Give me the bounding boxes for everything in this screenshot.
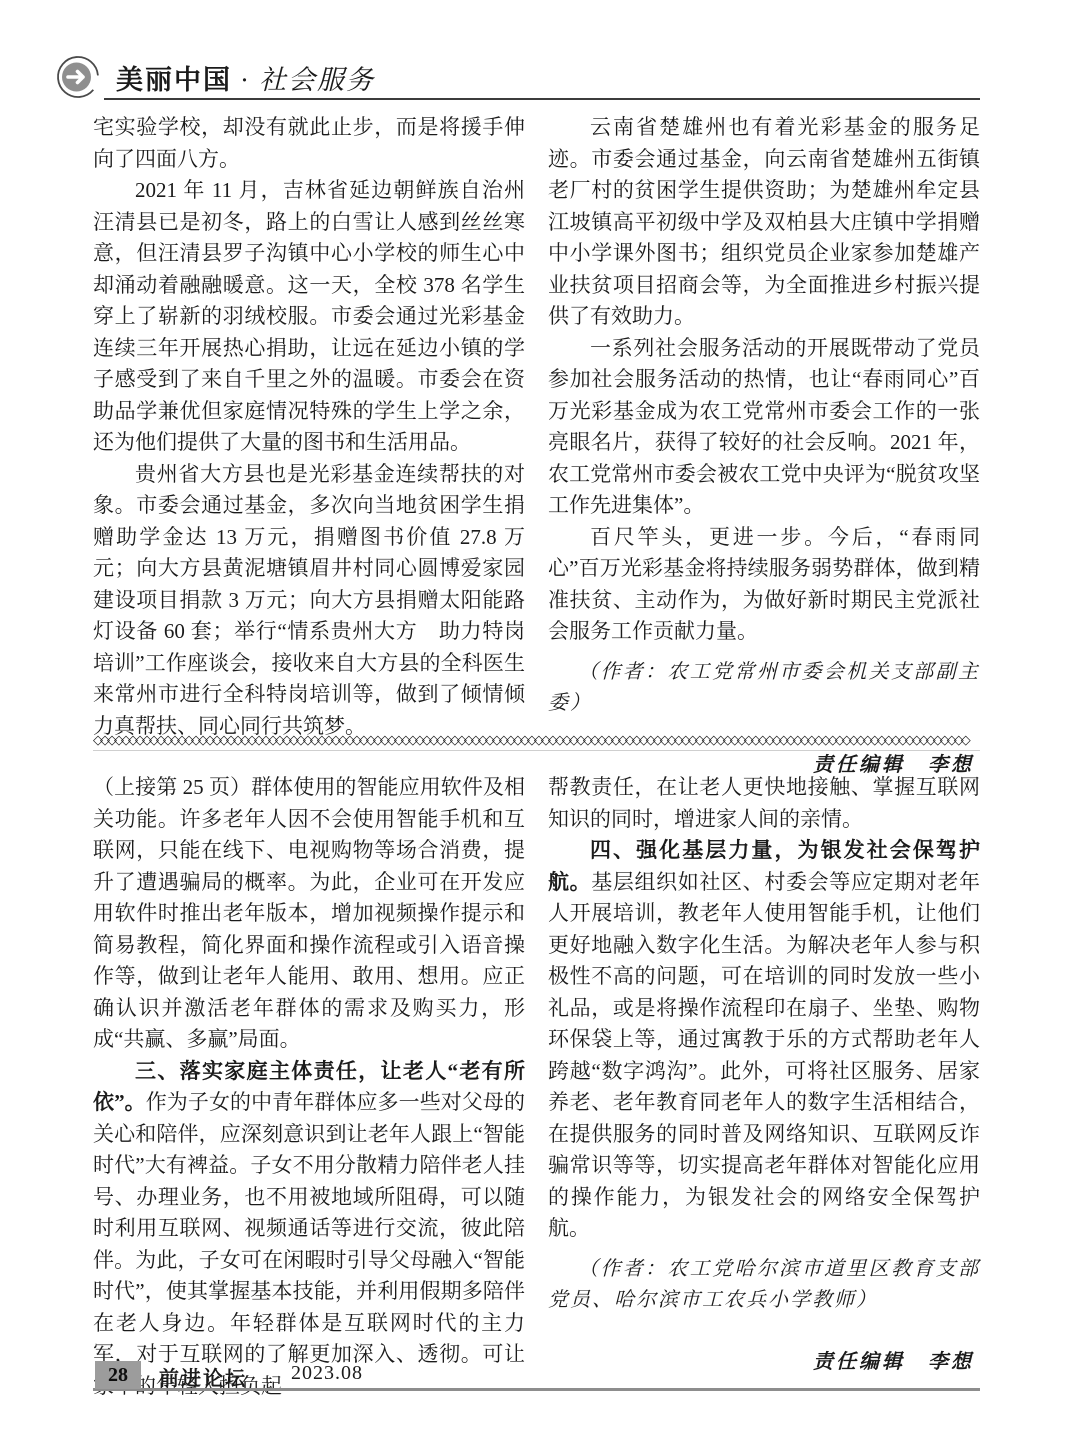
journal-name: 前进论坛 bbox=[159, 1362, 247, 1391]
section-title-category: 社会服务 bbox=[259, 65, 375, 95]
paragraph: 一系列社会服务活动的开展既带动了党员参加社会服务活动的热情，也让“春雨同心”百万… bbox=[548, 333, 980, 522]
paragraph-text: 基层组织如社区、村委会等应定期对老年人开展培训，教老年人使用智能手机，让他们更好… bbox=[548, 870, 980, 1241]
diamond-divider: ◇◇◇◇◇◇◇◇◇◇◇◇◇◇◇◇◇◇◇◇◇◇◇◇◇◇◇◇◇◇◇◇◇◇◇◇◇◇◇◇… bbox=[93, 734, 980, 751]
journal-issue: 2023.08 bbox=[291, 1362, 363, 1385]
section-title-separator: · bbox=[240, 65, 251, 95]
author-line: （作者：农工党哈尔滨市道里区教育支部党员、哈尔滨市工农兵小学教师） bbox=[548, 1254, 980, 1317]
article-2-right-column: 帮教责任，在让老人更快地接触、掌握互联网知识的同时，增进家人间的亲情。 四、强化… bbox=[548, 772, 980, 1402]
paragraph: 2021 年 11 月，吉林省延边朝鲜族自治州汪清县已是初冬，路上的白雪让人感到… bbox=[93, 175, 525, 459]
page-number: 28 bbox=[95, 1361, 141, 1389]
article-1-left-column: 宅实验学校，却没有就此止步，而是将援手伸向了四面八方。 2021 年 11 月，… bbox=[93, 112, 525, 781]
section-title-brand: 美丽中国 bbox=[116, 65, 232, 95]
paragraph: 百尺竿头，更进一步。今后，“春雨同心”百万光彩基金将持续服务弱势群体，做到精准扶… bbox=[548, 522, 980, 648]
section-title: 美丽中国·社会服务 bbox=[116, 58, 375, 97]
article-1: 宅实验学校，却没有就此止步，而是将援手伸向了四面八方。 2021 年 11 月，… bbox=[93, 112, 980, 781]
author-line: （作者：农工党常州市委会机关支部副主委） bbox=[548, 657, 980, 720]
paragraph: 帮教责任，在让老人更快地接触、掌握互联网知识的同时，增进家人间的亲情。 bbox=[548, 772, 980, 835]
paragraph: 四、强化基层力量，为银发社会保驾护航。基层组织如社区、村委会等应定期对老年人开展… bbox=[548, 835, 980, 1245]
paragraph: 三、落实家庭主体责任，让老人“老有所依”。作为子女的中青年群体应多一些对父母的关… bbox=[93, 1056, 525, 1403]
paragraph-text: 作为子女的中青年群体应多一些对父母的关心和陪伴，应深刻意识到让老年人跟上“智能时… bbox=[93, 1090, 525, 1398]
article-2: （上接第 25 页）群体使用的智能应用软件及相关功能。许多老年人因不会使用智能手… bbox=[93, 772, 980, 1402]
magazine-page: 美丽中国·社会服务 宅实验学校，却没有就此止步，而是将援手伸向了四面八方。 20… bbox=[0, 0, 1071, 1454]
paragraph: （上接第 25 页）群体使用的智能应用软件及相关功能。许多老年人因不会使用智能手… bbox=[93, 772, 525, 1056]
page-footer: 28 前进论坛 2023.08 bbox=[93, 1358, 980, 1394]
article-1-right-column: 云南省楚雄州也有着光彩基金的服务足迹。市委会通过基金，向云南省楚雄州五街镇老厂村… bbox=[548, 112, 980, 781]
arrow-circle-icon bbox=[56, 55, 100, 99]
article-2-left-column: （上接第 25 页）群体使用的智能应用软件及相关功能。许多老年人因不会使用智能手… bbox=[93, 772, 525, 1402]
paragraph: 云南省楚雄州也有着光彩基金的服务足迹。市委会通过基金，向云南省楚雄州五街镇老厂村… bbox=[548, 112, 980, 333]
header-rule bbox=[104, 98, 980, 100]
paragraph: 贵州省大方县也是光彩基金连续帮扶的对象。市委会通过基金，多次向当地贫困学生捐赠助… bbox=[93, 459, 525, 743]
paragraph: 宅实验学校，却没有就此止步，而是将援手伸向了四面八方。 bbox=[93, 112, 525, 175]
